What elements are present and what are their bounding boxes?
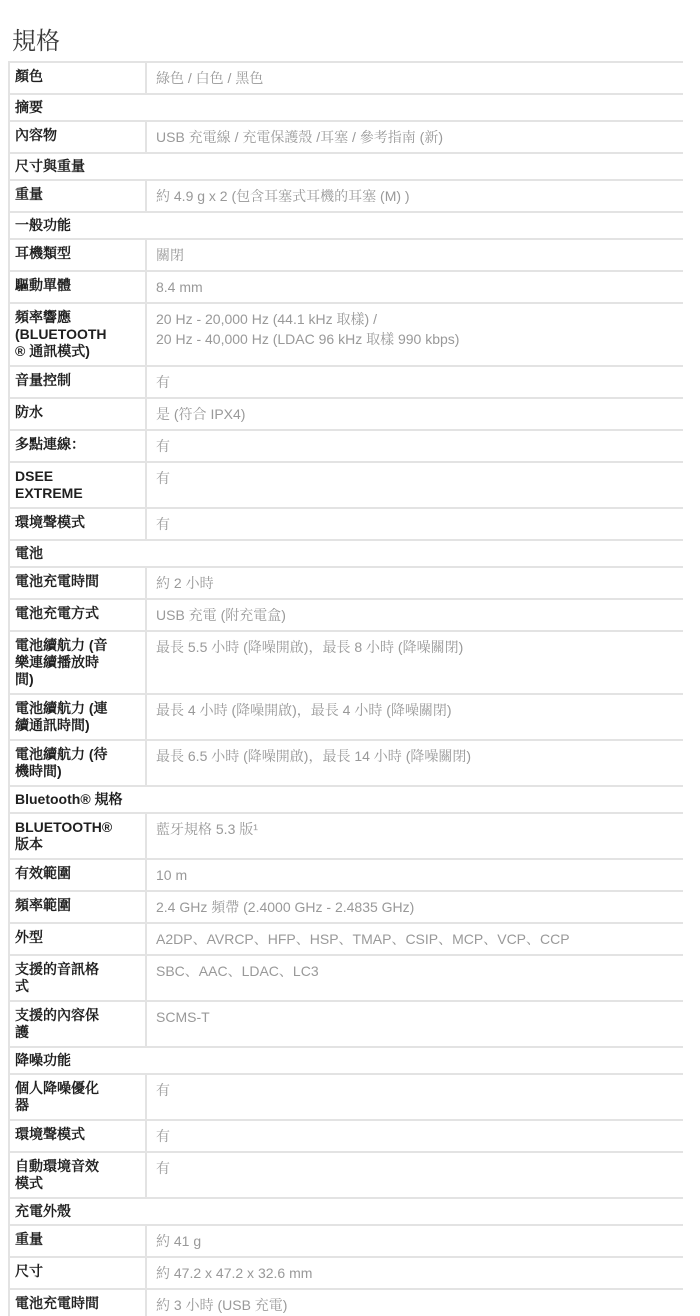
- spec-label-cell: 自動環境音效 模式: [10, 1153, 145, 1197]
- spec-row: 支援的音訊格 式 SBC、AAC、LDAC、LC3: [10, 954, 683, 1000]
- spec-label: DSEE EXTREME: [15, 468, 141, 502]
- spec-label-cell: 多點連線：: [10, 431, 145, 458]
- spec-label: 顏色: [15, 68, 141, 85]
- spec-value-cell: 藍牙規格 5.3 版¹: [145, 814, 683, 858]
- spec-row: 電池續航力 (音 樂連續播放時 間) 最長 5.5 小時 (降噪開啟)，最長 8…: [10, 630, 683, 693]
- spec-label: 環境聲模式: [15, 514, 141, 531]
- spec-value: 有: [156, 468, 673, 488]
- spec-label-cell: 個人降噪優化 器: [10, 1075, 145, 1119]
- spec-label: 有效範圍: [15, 865, 141, 882]
- spec-label-cell: 電池充電時間: [10, 1290, 145, 1316]
- spec-label-cell: 頻率範圍: [10, 892, 145, 919]
- spec-value: 關閉: [156, 245, 673, 265]
- spec-value: 8.4 mm: [156, 277, 673, 297]
- spec-row: 防水 是 (符合 IPX4): [10, 397, 683, 429]
- spec-label: 電池續航力 (待 機時間): [15, 746, 141, 780]
- spec-label-cell: 尺寸: [10, 1258, 145, 1285]
- section-header-label: 電池: [15, 544, 675, 563]
- spec-value-cell: 約 4.9 g x 2 (包含耳塞式耳機的耳塞 (M) ): [145, 181, 683, 211]
- spec-value: 約 4.9 g x 2 (包含耳塞式耳機的耳塞 (M) ): [156, 186, 673, 206]
- spec-row: 外型 A2DP、AVRCP、HFP、HSP、TMAP、CSIP、MCP、VCP、…: [10, 922, 683, 954]
- spec-value: USB 充電 (附充電盒): [156, 605, 673, 625]
- spec-value-cell: 約 47.2 x 47.2 x 32.6 mm: [145, 1258, 683, 1288]
- spec-label-cell: 防水: [10, 399, 145, 426]
- spec-label-cell: 耳機類型: [10, 240, 145, 267]
- spec-label: 環境聲模式: [15, 1126, 141, 1143]
- spec-value-cell: 8.4 mm: [145, 272, 683, 302]
- spec-label-cell: 內容物: [10, 122, 145, 149]
- spec-row: 環境聲模式 有: [10, 507, 683, 539]
- spec-label: 外型: [15, 929, 141, 946]
- spec-value: 約 3 小時 (USB 充電): [156, 1295, 673, 1315]
- spec-label-cell: 環境聲模式: [10, 1121, 145, 1148]
- spec-label-cell: 電池續航力 (連 續通訊時間): [10, 695, 145, 739]
- spec-row: 有效範圍 10 m: [10, 858, 683, 890]
- spec-value: 約 2 小時: [156, 573, 673, 593]
- page-title: 規格: [0, 0, 700, 61]
- section-header-row: 尺寸與重量: [10, 152, 683, 179]
- spec-value: 最長 6.5 小時 (降噪開啟)，最長 14 小時 (降噪關閉): [156, 746, 673, 766]
- spec-label: 頻率響應 (BLUETOOTH ® 通訊模式): [15, 309, 141, 360]
- spec-row: 多點連線： 有: [10, 429, 683, 461]
- spec-value-cell: 20 Hz - 20,000 Hz (44.1 kHz 取樣) / 20 Hz …: [145, 304, 683, 365]
- spec-label-cell: 驅動單體: [10, 272, 145, 299]
- spec-row: 驅動單體 8.4 mm: [10, 270, 683, 302]
- spec-row: 電池充電時間 約 3 小時 (USB 充電): [10, 1288, 683, 1316]
- spec-label: 支援的音訊格 式: [15, 961, 141, 995]
- spec-value: 有: [156, 436, 673, 456]
- spec-row: BLUETOOTH® 版本 藍牙規格 5.3 版¹: [10, 812, 683, 858]
- spec-value-cell: 約 3 小時 (USB 充電): [145, 1290, 683, 1316]
- spec-row: 頻率範圍 2.4 GHz 頻帶 (2.4000 GHz - 2.4835 GHz…: [10, 890, 683, 922]
- spec-value-cell: 10 m: [145, 860, 683, 890]
- spec-row: 電池續航力 (連 續通訊時間) 最長 4 小時 (降噪開啟)，最長 4 小時 (…: [10, 693, 683, 739]
- spec-value-cell: 有: [145, 1075, 683, 1119]
- spec-value-cell: 2.4 GHz 頻帶 (2.4000 GHz - 2.4835 GHz): [145, 892, 683, 922]
- spec-label: 頻率範圍: [15, 897, 141, 914]
- spec-value: 約 47.2 x 47.2 x 32.6 mm: [156, 1263, 673, 1283]
- spec-label-cell: 環境聲模式: [10, 509, 145, 536]
- spec-row: 電池充電時間 約 2 小時: [10, 566, 683, 598]
- spec-label: 支援的內容保 護: [15, 1007, 141, 1041]
- spec-label-cell: 重量: [10, 181, 145, 208]
- spec-label: 內容物: [15, 127, 141, 144]
- spec-row: 顏色 綠色 / 白色 / 黑色: [10, 61, 683, 93]
- spec-label-cell: 支援的內容保 護: [10, 1002, 145, 1046]
- spec-label-cell: 外型: [10, 924, 145, 951]
- spec-value: 2.4 GHz 頻帶 (2.4000 GHz - 2.4835 GHz): [156, 897, 673, 917]
- spec-label-cell: 電池續航力 (待 機時間): [10, 741, 145, 785]
- spec-value-cell: 有: [145, 367, 683, 397]
- spec-row: 電池充電方式 USB 充電 (附充電盒): [10, 598, 683, 630]
- spec-value-cell: 最長 5.5 小時 (降噪開啟)，最長 8 小時 (降噪關閉): [145, 632, 683, 693]
- section-header-row: 降噪功能: [10, 1046, 683, 1073]
- spec-label: 電池續航力 (音 樂連續播放時 間): [15, 637, 141, 688]
- section-header-row: 電池: [10, 539, 683, 566]
- spec-value-cell: 約 41 g: [145, 1226, 683, 1256]
- spec-value-cell: 是 (符合 IPX4): [145, 399, 683, 429]
- spec-label-cell: 支援的音訊格 式: [10, 956, 145, 1000]
- spec-row: 環境聲模式 有: [10, 1119, 683, 1151]
- spec-value-cell: SCMS-T: [145, 1002, 683, 1046]
- spec-label-cell: 音量控制: [10, 367, 145, 394]
- spec-row: 個人降噪優化 器 有: [10, 1073, 683, 1119]
- spec-value: SBC、AAC、LDAC、LC3: [156, 961, 673, 981]
- spec-label: BLUETOOTH® 版本: [15, 819, 141, 853]
- spec-value: 有: [156, 372, 673, 392]
- spec-label: 電池充電方式: [15, 605, 141, 622]
- spec-value-cell: 最長 6.5 小時 (降噪開啟)，最長 14 小時 (降噪關閉): [145, 741, 683, 785]
- spec-label: 耳機類型: [15, 245, 141, 262]
- spec-value-cell: 綠色 / 白色 / 黑色: [145, 63, 683, 93]
- spec-table: 顏色 綠色 / 白色 / 黑色 摘要 內容物 USB 充電線 / 充電保護殼 /…: [8, 61, 683, 1316]
- spec-row: 支援的內容保 護 SCMS-T: [10, 1000, 683, 1046]
- spec-label: 尺寸: [15, 1263, 141, 1280]
- spec-label-cell: 有效範圍: [10, 860, 145, 887]
- spec-row: 音量控制 有: [10, 365, 683, 397]
- spec-value: USB 充電線 / 充電保護殼 /耳塞 / 參考指南 (新): [156, 127, 673, 147]
- spec-label: 電池充電時間: [15, 1295, 141, 1312]
- spec-page: 規格 顏色 綠色 / 白色 / 黑色 摘要 內容物 USB 充電線 / 充電保護…: [0, 0, 700, 1316]
- section-header-row: 摘要: [10, 93, 683, 120]
- spec-label: 音量控制: [15, 372, 141, 389]
- spec-label-cell: 電池續航力 (音 樂連續播放時 間): [10, 632, 145, 693]
- spec-value: 有: [156, 1158, 673, 1178]
- spec-value: 最長 4 小時 (降噪開啟)，最長 4 小時 (降噪關閉): [156, 700, 673, 720]
- spec-value-cell: SBC、AAC、LDAC、LC3: [145, 956, 683, 1000]
- spec-value: 是 (符合 IPX4): [156, 404, 673, 424]
- spec-row: 自動環境音效 模式 有: [10, 1151, 683, 1197]
- spec-value-cell: 有: [145, 1121, 683, 1151]
- spec-value-cell: 有: [145, 1153, 683, 1197]
- spec-value: 20 Hz - 20,000 Hz (44.1 kHz 取樣) / 20 Hz …: [156, 309, 673, 349]
- spec-value: 有: [156, 1126, 673, 1146]
- spec-value-cell: 有: [145, 431, 683, 461]
- section-header-row: Bluetooth® 規格: [10, 785, 683, 812]
- spec-value-cell: 最長 4 小時 (降噪開啟)，最長 4 小時 (降噪關閉): [145, 695, 683, 739]
- section-header-label: 充電外殼: [15, 1202, 675, 1221]
- spec-value-cell: 約 2 小時: [145, 568, 683, 598]
- spec-label: 電池續航力 (連 續通訊時間): [15, 700, 141, 734]
- spec-value: 有: [156, 514, 673, 534]
- spec-row: 重量 約 41 g: [10, 1224, 683, 1256]
- spec-label: 重量: [15, 1231, 141, 1248]
- spec-value-cell: 關閉: [145, 240, 683, 270]
- spec-label: 驅動單體: [15, 277, 141, 294]
- spec-value-cell: 有: [145, 463, 683, 507]
- spec-value: SCMS-T: [156, 1007, 673, 1027]
- spec-row: 頻率響應 (BLUETOOTH ® 通訊模式) 20 Hz - 20,000 H…: [10, 302, 683, 365]
- spec-label: 個人降噪優化 器: [15, 1080, 141, 1114]
- spec-label-cell: 電池充電方式: [10, 600, 145, 627]
- spec-value: 有: [156, 1080, 673, 1100]
- spec-value: 約 41 g: [156, 1231, 673, 1251]
- spec-value: 10 m: [156, 865, 673, 885]
- spec-row: 電池續航力 (待 機時間) 最長 6.5 小時 (降噪開啟)，最長 14 小時 …: [10, 739, 683, 785]
- section-header-row: 充電外殼: [10, 1197, 683, 1224]
- spec-row: 耳機類型 關閉: [10, 238, 683, 270]
- spec-value-cell: 有: [145, 509, 683, 539]
- spec-row: 尺寸 約 47.2 x 47.2 x 32.6 mm: [10, 1256, 683, 1288]
- spec-row: 重量 約 4.9 g x 2 (包含耳塞式耳機的耳塞 (M) ): [10, 179, 683, 211]
- spec-value: A2DP、AVRCP、HFP、HSP、TMAP、CSIP、MCP、VCP、CCP: [156, 929, 673, 949]
- spec-label-cell: 電池充電時間: [10, 568, 145, 595]
- spec-label: 防水: [15, 404, 141, 421]
- spec-label-cell: BLUETOOTH® 版本: [10, 814, 145, 858]
- spec-label-cell: 顏色: [10, 63, 145, 90]
- spec-value: 綠色 / 白色 / 黑色: [156, 68, 673, 88]
- section-header-row: 一般功能: [10, 211, 683, 238]
- spec-label-cell: 重量: [10, 1226, 145, 1253]
- spec-label: 多點連線：: [15, 436, 141, 453]
- spec-label-cell: 頻率響應 (BLUETOOTH ® 通訊模式): [10, 304, 145, 365]
- section-header-label: 尺寸與重量: [15, 157, 675, 176]
- section-header-label: Bluetooth® 規格: [15, 790, 675, 809]
- spec-row: DSEE EXTREME 有: [10, 461, 683, 507]
- spec-row: 內容物 USB 充電線 / 充電保護殼 /耳塞 / 參考指南 (新): [10, 120, 683, 152]
- spec-value-cell: USB 充電 (附充電盒): [145, 600, 683, 630]
- section-header-label: 一般功能: [15, 216, 675, 235]
- section-header-label: 降噪功能: [15, 1051, 675, 1070]
- spec-label: 電池充電時間: [15, 573, 141, 590]
- section-header-label: 摘要: [15, 98, 675, 117]
- spec-value: 最長 5.5 小時 (降噪開啟)，最長 8 小時 (降噪關閉): [156, 637, 673, 657]
- spec-label: 重量: [15, 186, 141, 203]
- spec-value-cell: A2DP、AVRCP、HFP、HSP、TMAP、CSIP、MCP、VCP、CCP: [145, 924, 683, 954]
- spec-value-cell: USB 充電線 / 充電保護殼 /耳塞 / 參考指南 (新): [145, 122, 683, 152]
- spec-value: 藍牙規格 5.3 版¹: [156, 819, 673, 839]
- spec-label: 自動環境音效 模式: [15, 1158, 141, 1192]
- spec-label-cell: DSEE EXTREME: [10, 463, 145, 507]
